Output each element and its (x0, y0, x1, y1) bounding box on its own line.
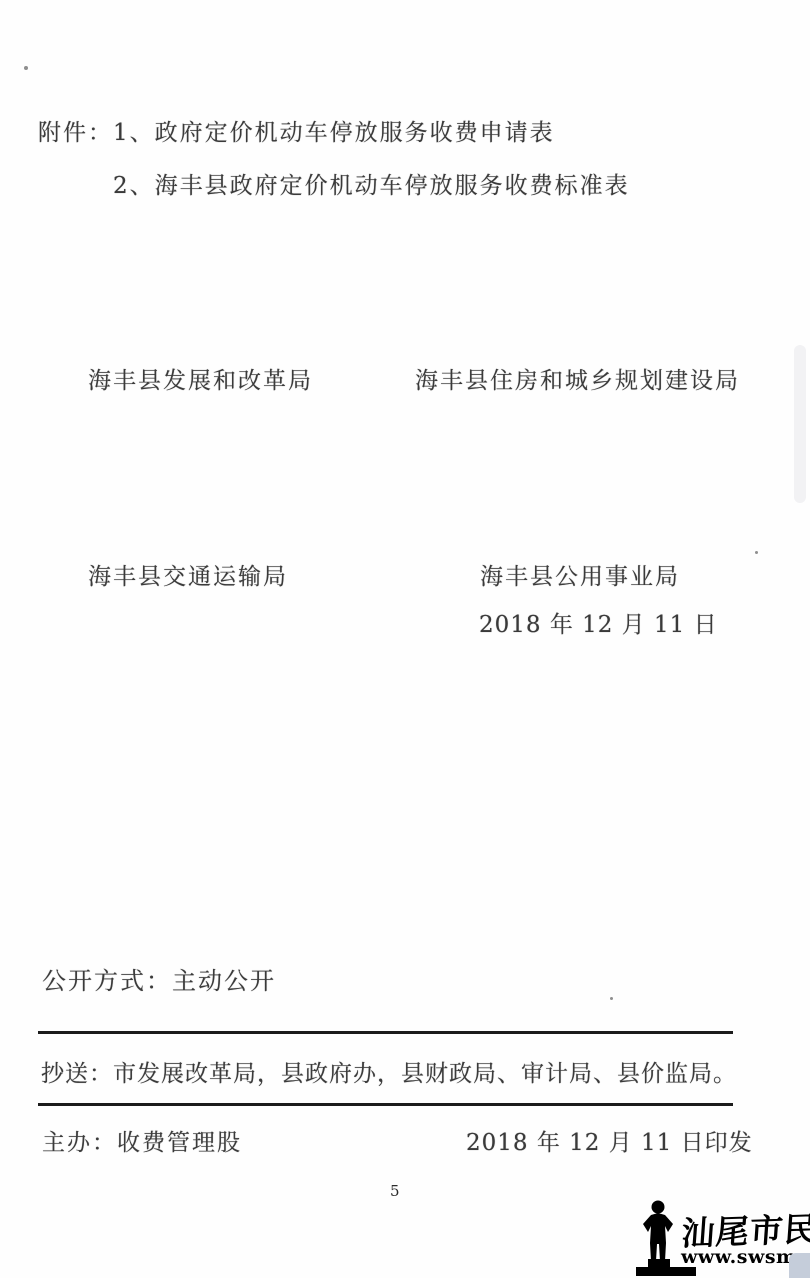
scanned-document-page: 附件：1、政府定价机动车停放服务收费申请表 2、海丰县政府定价机动车停放服务收费… (0, 0, 810, 1278)
scan-edge-artifact (794, 345, 806, 503)
agency-housing-urban-rural-planning-bureau: 海丰县住房和城乡规划建设局 (415, 362, 740, 395)
agency-transportation-bureau: 海丰县交通运输局 (88, 558, 288, 591)
corner-scan-artifact (789, 1253, 810, 1278)
site-watermark: 汕尾市民网 www.swsm.net (630, 1197, 810, 1278)
organizer-line: 主办：收费管理股 (42, 1124, 242, 1157)
scan-speck (755, 551, 758, 554)
attachment-line-1: 附件：1、政府定价机动车停放服务收费申请表 (38, 114, 555, 147)
cc-line: 抄送：市发展改革局，县政府办，县财政局、审计局、县价监局。 (41, 1055, 737, 1088)
scan-speck (24, 66, 28, 70)
agency-public-utilities-bureau: 海丰县公用事业局 (480, 558, 680, 591)
disclosure-method-line: 公开方式：主动公开 (42, 961, 276, 996)
footer-rule-top (38, 1031, 733, 1034)
attachment-line-2: 2、海丰县政府定价机动车停放服务收费标准表 (113, 167, 630, 200)
page-number: 5 (390, 1182, 400, 1200)
signature-date: 2018 年 12 月 11 日 (479, 606, 718, 639)
footer-rule-bottom (38, 1103, 733, 1106)
print-date-line: 2018 年 12 月 11 日印发 (466, 1124, 753, 1157)
agency-development-reform-bureau: 海丰县发展和改革局 (88, 362, 313, 395)
scan-speck (610, 997, 613, 1000)
